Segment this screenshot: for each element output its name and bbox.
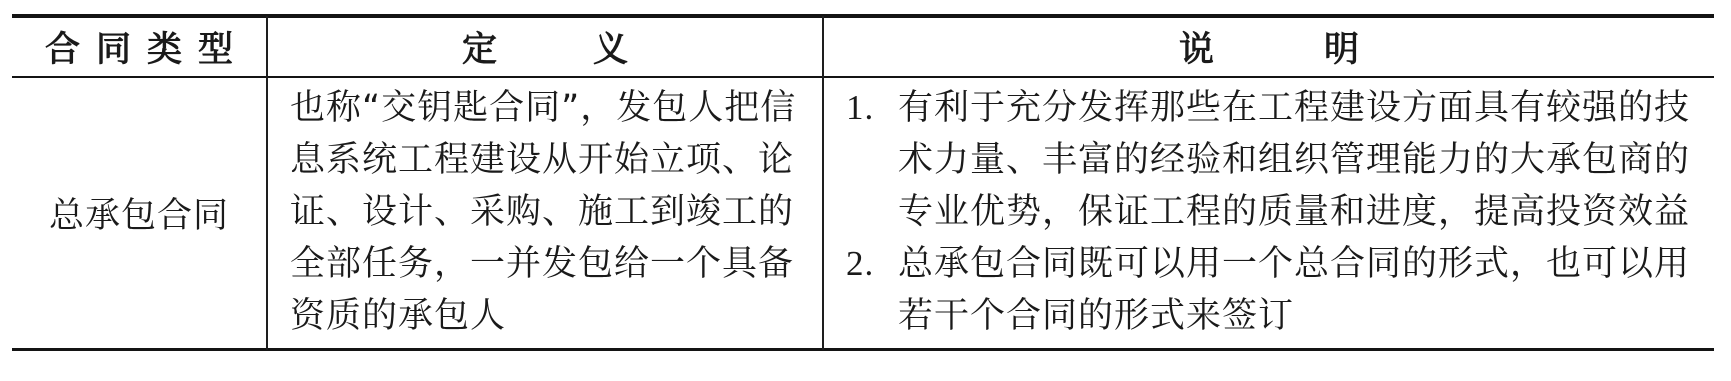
cell-definition: 也称“交钥匙合同”，发包人把信息系统工程建设从开始立项、论证、设计、采购、施工到… [268,82,822,342]
header-notes: 说明 [824,18,1714,76]
note-item-1: 1. 有利于充分发挥那些在工程建设方面具有较强的技术力量、丰富的经验和组织管理能… [846,82,1704,238]
note-number: 1. [846,82,898,238]
note-text: 总承包合同既可以用一个总合同的形式，也可以用若干个合同的形式来签订 [898,238,1704,342]
note-number: 2. [846,238,898,342]
header-definition: 定义 [268,18,822,76]
header-contract-type: 合同类型 [12,18,266,76]
cell-contract-type: 总承包合同 [12,78,266,348]
note-item-2: 2. 总承包合同既可以用一个总合同的形式，也可以用若干个合同的形式来签订 [846,238,1704,342]
contract-type-table: 合同类型 定义 说明 总承包合同 也称“交钥匙合同”，发包人把信息系统工程建设从… [12,14,1714,352]
cell-notes: 1. 有利于充分发挥那些在工程建设方面具有较强的技术力量、丰富的经验和组织管理能… [824,82,1714,342]
note-text: 有利于充分发挥那些在工程建设方面具有较强的技术力量、丰富的经验和组织管理能力的大… [898,82,1704,238]
